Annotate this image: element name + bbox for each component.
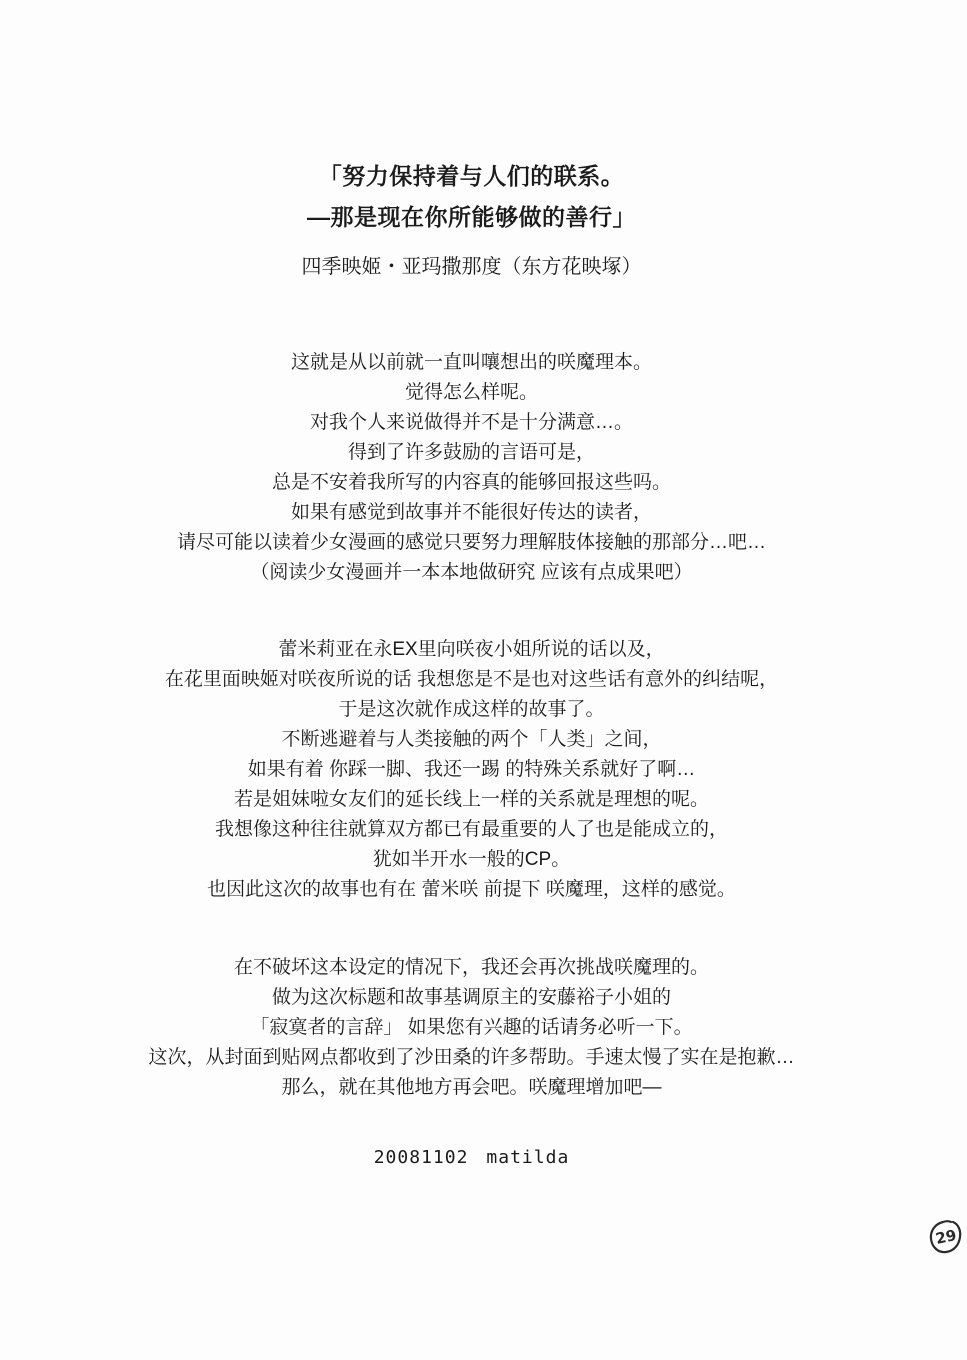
quote-attribution: 四季映姬・亚玛撒那度（东方花映塚） [0,254,943,280]
paragraph-2-line-6: 若是姐妹啦女友们的延长线上一样的关系就是理想的呢。 [0,785,943,815]
paragraph-1-line-8: （阅读少女漫画并一本本地做研究 应该有点成果吧） [0,558,943,588]
page-number-text: 29 [934,1226,958,1248]
paragraph-3-line-2: 做为这次标题和故事基调原主的安藤裕子小姐的 [0,983,943,1013]
paragraph-1-line-1: 这就是从以前就一直叫嚷想出的咲魔理本。 [0,348,943,378]
quote-line-1: 「努力保持着与人们的联系。 [0,156,943,197]
paragraph-1: 这就是从以前就一直叫嚷想出的咲魔理本。 觉得怎么样呢。 对我个人来说做得并不是十… [0,348,943,588]
text-column: 「努力保持着与人们的联系。 —那是现在你所能够做的善行」 四季映姬・亚玛撒那度（… [0,0,967,1171]
paragraph-1-line-4: 得到了许多鼓励的言语可是， [0,438,943,468]
opening-quote: 「努力保持着与人们的联系。 —那是现在你所能够做的善行」 四季映姬・亚玛撒那度（… [0,156,943,280]
paragraph-3-line-3: 「寂寞者的言辞」 如果您有兴趣的话请务必听一下。 [0,1013,943,1043]
paragraph-2-line-3: 于是这次就作成这样的故事了。 [0,695,943,725]
paragraph-2-line-9: 也因此这次的故事也有在 蕾米咲 前提下 咲魔理，这样的感觉。 [0,875,943,905]
paragraph-2-line-4: 不断逃避着与人类接触的两个「人类」之间， [0,725,943,755]
signature-name: matilda [486,1147,569,1168]
signature-line: 20081102matilda [0,1145,943,1171]
paragraph-2-line-7: 我想像这种往往就算双方都已有最重要的人了也是能成立的， [0,815,943,845]
paragraph-1-line-7: 请尽可能以读着少女漫画的感觉只要努力理解肢体接触的那部分…吧… [0,528,943,558]
paragraph-2: 蕾米莉亚在永EX里向咲夜小姐所说的话以及， 在花里面映姬对咲夜所说的话 我想您是… [0,635,943,905]
paragraph-3-line-1: 在不破坏这本设定的情况下，我还会再次挑战咲魔理的。 [0,953,943,983]
paragraph-1-line-5: 总是不安着我所写的内容真的能够回报这些吗。 [0,468,943,498]
paragraph-2-line-8: 犹如半开水一般的CP。 [0,845,943,875]
quote-line-2: —那是现在你所能够做的善行」 [0,197,943,238]
paragraph-1-line-3: 对我个人来说做得并不是十分满意…。 [0,408,943,438]
signature-date: 20081102 [374,1147,469,1168]
paragraph-3: 在不破坏这本设定的情况下，我还会再次挑战咲魔理的。 做为这次标题和故事基调原主的… [0,953,943,1103]
paragraph-2-line-5: 如果有着 你踩一脚、我还一踢 的特殊关系就好了啊… [0,755,943,785]
paragraph-3-line-4: 这次，从封面到贴网点都收到了沙田桑的许多帮助。手速太慢了实在是抱歉… [0,1043,943,1073]
paragraph-3-line-5: 那么，就在其他地方再会吧。咲魔理增加吧— [0,1073,943,1103]
page-number-mark: 29 [927,1217,965,1257]
paragraph-2-line-2: 在花里面映姬对咲夜所说的话 我想您是不是也对这些话有意外的纠结呢， [0,665,943,695]
paragraph-1-line-2: 觉得怎么样呢。 [0,378,943,408]
paragraph-1-line-6: 如果有感觉到故事并不能很好传达的读者， [0,498,943,528]
hand-drawn-circle-icon: 29 [927,1217,965,1257]
scanned-afterword-page: 「努力保持着与人们的联系。 —那是现在你所能够做的善行」 四季映姬・亚玛撒那度（… [0,0,967,1360]
paragraph-2-line-1: 蕾米莉亚在永EX里向咲夜小姐所说的话以及， [0,635,943,665]
